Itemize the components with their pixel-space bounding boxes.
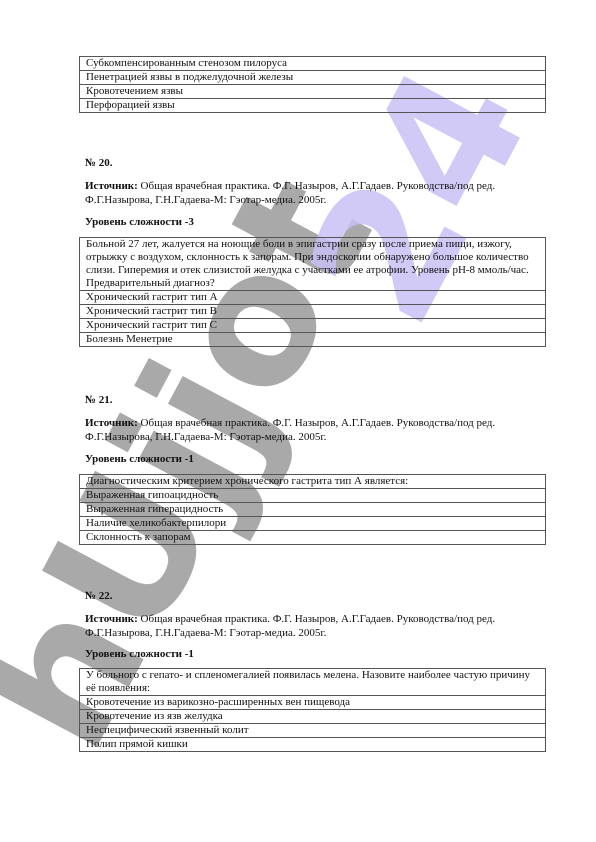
answer-option: Пенетрацией язвы в поджелудочной железы: [80, 71, 546, 85]
answer-option: Наличие хеликобактерпилори: [80, 517, 546, 531]
answer-option: Кровотечение из язв желудка: [80, 710, 546, 724]
answer-row: Наличие хеликобактерпилори: [80, 517, 546, 531]
answer-row: Болезнь Менетрие: [80, 333, 546, 347]
answer-row: Склонность к запорам: [80, 531, 546, 545]
difficulty-level: Уровень сложности -1: [85, 453, 194, 465]
answer-row: Кровотечение из язв желудка: [80, 710, 546, 724]
source-label: Источник:: [85, 180, 138, 192]
answer-option: Перфорацией язвы: [80, 99, 546, 113]
difficulty-level: Уровень сложности -1: [85, 648, 194, 660]
prompt-row: Больной 27 лет, жалуется на ноющие боли …: [80, 238, 546, 291]
source-text: Общая врачебная практика. Ф.Г. Назыров, …: [85, 180, 495, 206]
answer-option: Выраженная гиперацидность: [80, 503, 546, 517]
answer-row: Выраженная гипоацидность: [80, 489, 546, 503]
question-table: Диагностическим критерием хронического г…: [79, 474, 546, 545]
answer-row: Хронический гастрит тип А: [80, 291, 546, 305]
question-source: Источник: Общая врачебная практика. Ф.Г.…: [85, 179, 550, 207]
answer-row: Неспецифический язвенный колит: [80, 724, 546, 738]
answer-option: Неспецифический язвенный колит: [80, 724, 546, 738]
answer-option: Хронический гастрит тип А: [80, 291, 546, 305]
answer-option: Хронический гастрит тип В: [80, 305, 546, 319]
answer-option: Болезнь Менетрие: [80, 333, 546, 347]
source-label: Источник:: [85, 417, 138, 429]
answer-option: Выраженная гипоацидность: [80, 489, 546, 503]
answer-option: Субкомпенсированным стенозом пилоруса: [80, 57, 546, 71]
answer-row: Перфорацией язвы: [80, 99, 546, 113]
answer-table-continued: Субкомпенсированным стенозом пилоруса Пе…: [79, 56, 546, 113]
prompt-row: Диагностическим критерием хронического г…: [80, 475, 546, 489]
answer-option: Полип прямой кишки: [80, 738, 546, 752]
document-page: hUjjot 24 Субкомпенсированным стенозом п…: [0, 0, 596, 842]
source-label: Источник:: [85, 613, 138, 625]
answer-option: Кровотечение из варикозно-расширенных ве…: [80, 696, 546, 710]
question-source: Источник: Общая врачебная практика. Ф.Г.…: [85, 416, 550, 444]
answer-row: Кровотечение из варикозно-расширенных ве…: [80, 696, 546, 710]
answer-option: Хронический гастрит тип С: [80, 319, 546, 333]
source-text: Общая врачебная практика. Ф.Г. Назыров, …: [85, 613, 495, 639]
question-table: Больной 27 лет, жалуется на ноющие боли …: [79, 237, 546, 347]
prompt-row: У больного с гепато- и спленомегалией по…: [80, 669, 546, 696]
answer-row: Пенетрацией язвы в поджелудочной железы: [80, 71, 546, 85]
question-prompt: Диагностическим критерием хронического г…: [80, 475, 546, 489]
answer-row: Хронический гастрит тип С: [80, 319, 546, 333]
answer-row: Выраженная гиперацидность: [80, 503, 546, 517]
difficulty-level: Уровень сложности -3: [85, 216, 194, 228]
answer-option: Кровотечением язвы: [80, 85, 546, 99]
answer-row: Кровотечением язвы: [80, 85, 546, 99]
question-prompt: У больного с гепато- и спленомегалией по…: [80, 669, 546, 696]
answer-row: Полип прямой кишки: [80, 738, 546, 752]
answer-option: Склонность к запорам: [80, 531, 546, 545]
question-number: № 22.: [85, 590, 113, 602]
question-source: Источник: Общая врачебная практика. Ф.Г.…: [85, 612, 550, 640]
source-text: Общая врачебная практика. Ф.Г. Назыров, …: [85, 417, 495, 443]
question-prompt: Больной 27 лет, жалуется на ноющие боли …: [80, 238, 546, 291]
question-number: № 20.: [85, 157, 113, 169]
question-table: У больного с гепато- и спленомегалией по…: [79, 668, 546, 752]
answer-row: Хронический гастрит тип В: [80, 305, 546, 319]
answer-row: Субкомпенсированным стенозом пилоруса: [80, 57, 546, 71]
question-number: № 21.: [85, 394, 113, 406]
